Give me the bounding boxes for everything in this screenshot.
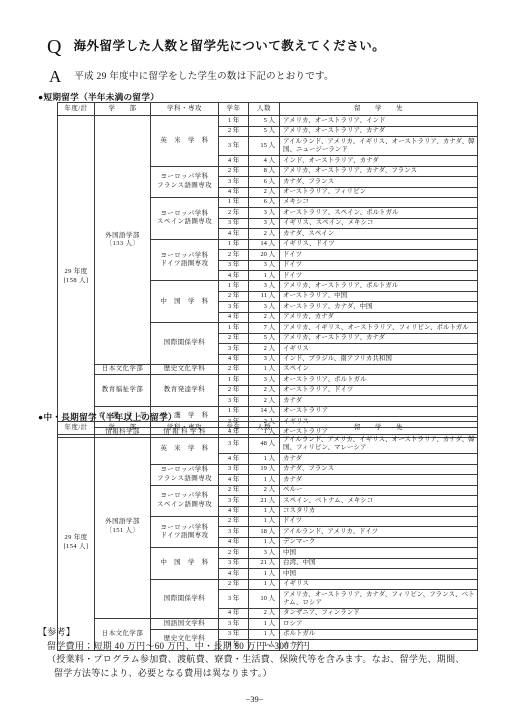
cell-grade: 1 年 xyxy=(219,375,249,385)
cell-num: 2 人 xyxy=(249,608,280,618)
cell-grade: 3 年 xyxy=(219,137,249,156)
cell-grade: 3 年 xyxy=(219,344,249,354)
cell-dest: メキシコ xyxy=(280,197,478,207)
reference-line-note2: 留学方法等により、必要となる費用は異なります。） xyxy=(54,667,465,681)
column-header-dest: 留 学 先 xyxy=(280,422,478,435)
cell-subj: 国際関係学科 xyxy=(151,323,219,365)
column-header-dept: 学 部 xyxy=(95,103,151,116)
cell-num: 2 人 xyxy=(249,229,280,239)
cell-dest: コスタリカ xyxy=(280,506,478,516)
column-header-num: 人数 xyxy=(249,422,280,435)
cell-num: 10 人 xyxy=(249,590,280,609)
cell-grade: 2 年 xyxy=(219,548,249,558)
cell-subj: 国際関係学科 xyxy=(151,579,219,619)
question-text: 海外留学した人数と留学先について教えてください。 xyxy=(73,39,385,53)
cell-dest: スペイン xyxy=(280,364,478,374)
cell-subj: 歴史文化学科 xyxy=(151,364,219,374)
cell-dest: 中国 xyxy=(280,569,478,579)
page-number: −39− xyxy=(0,694,509,704)
cell-dest: インド、ブラジル、南アフリカ共和国 xyxy=(280,354,478,364)
cell-num: 19 人 xyxy=(249,464,280,474)
cell-num: 5 人 xyxy=(249,116,280,126)
cell-grade: 1 年 xyxy=(219,197,249,207)
cell-dest: カナダ、スペイン xyxy=(280,229,478,239)
cell-dept: 外国語学部 〔133 人〕 xyxy=(95,116,151,365)
cell-grade: 3 年 xyxy=(219,396,249,406)
cell-subj: 教育発達学科 xyxy=(151,375,219,406)
cell-grade: 4 年 xyxy=(219,271,249,281)
cell-grade: 3 年 xyxy=(219,558,249,568)
cell-num: 21 人 xyxy=(249,496,280,506)
cell-dest: アメリカ、オーストラリア、カナダ xyxy=(280,126,478,136)
cell-num: 15 人 xyxy=(249,137,280,156)
mid-long-term-table-container: 年度/計学 部学科・専攻学年人数留 学 先29 年度 [154 人]外国語学部 … xyxy=(57,421,478,651)
cell-grade: 4 年 xyxy=(219,537,249,547)
cell-grade: 4 年 xyxy=(219,187,249,197)
cell-grade: 1 年 xyxy=(219,323,249,333)
cell-grade: 3 年 xyxy=(219,177,249,187)
cell-num: 3 人 xyxy=(249,375,280,385)
cell-num: 2 人 xyxy=(249,385,280,395)
cell-dest: スペイン、ベトナム、メキシコ xyxy=(280,496,478,506)
cell-num: 1 人 xyxy=(249,506,280,516)
column-header-grade: 学年 xyxy=(219,103,249,116)
cell-grade: 4 年 xyxy=(219,569,249,579)
cell-dest: イギリス、ドイツ xyxy=(280,239,478,249)
cell-dest: アメリカ、オーストラリア、カナダ、フィリピン、フランス、ベトナム、ロシア xyxy=(280,590,478,609)
cell-subj: 中 国 学 科 xyxy=(151,281,219,323)
cell-dest: イギリス xyxy=(280,579,478,589)
cell-num: 2 人 xyxy=(249,344,280,354)
cell-year: 29 年度 [154 人] xyxy=(58,435,95,650)
cell-dest: アメリカ、カナダ xyxy=(280,312,478,322)
cell-num: 3 人 xyxy=(249,218,280,228)
cell-num: 3 人 xyxy=(249,302,280,312)
cell-grade: 1 年 xyxy=(219,116,249,126)
cell-dest: ドイツ xyxy=(280,516,478,526)
cell-num: 4 人 xyxy=(249,156,280,166)
cell-num: 3 人 xyxy=(249,208,280,218)
cell-num: 20 人 xyxy=(249,250,280,260)
cell-dest: オーストラリア、ポルトガル xyxy=(280,375,478,385)
cell-dest: イギリス xyxy=(280,344,478,354)
reference-block: 【参考】 留学費用；短期 40 万円～60 万円、中・長期 80 万円～300 … xyxy=(38,626,465,680)
cell-num: 3 人 xyxy=(249,548,280,558)
column-header-year: 年度/計 xyxy=(58,422,95,435)
cell-grade: 1 年 xyxy=(219,281,249,291)
cell-grade: 4 年 xyxy=(219,506,249,516)
table-row: 日本文化学部歴史文化学科2 年1 人スペイン xyxy=(58,364,478,374)
cell-dept: 教育福祉学部 xyxy=(95,375,151,406)
cell-num: 1 人 xyxy=(249,475,280,485)
cell-num: 2 人 xyxy=(249,187,280,197)
column-header-num: 人数 xyxy=(249,103,280,116)
cell-num: 8 人 xyxy=(249,166,280,176)
cell-dest: カナダ xyxy=(280,475,478,485)
cell-dept: 日本文化学部 xyxy=(95,364,151,374)
cell-num: 18 人 xyxy=(249,527,280,537)
cell-grade: 2 年 xyxy=(219,516,249,526)
cell-grade: 2 年 xyxy=(219,166,249,176)
table-row: 29 年度 [154 人]外国語学部 〔151 人〕英 米 学 科3 年48 人… xyxy=(58,435,478,454)
cell-dest: カナダ xyxy=(280,454,478,464)
cell-num: 3 人 xyxy=(249,354,280,364)
cell-num: 2 人 xyxy=(249,485,280,495)
cell-grade: 2 年 xyxy=(219,208,249,218)
cell-subj: 英 米 学 科 xyxy=(151,435,219,464)
column-header-dept: 学 部 xyxy=(95,422,151,435)
cell-grade: 3 年 xyxy=(219,218,249,228)
cell-dest: カナダ、フランス xyxy=(280,177,478,187)
cell-num: 14 人 xyxy=(249,239,280,249)
column-header-dest: 留 学 先 xyxy=(280,103,478,116)
reference-line-note1: （授業料・プログラム参加費、渡航費、寮費・生活費、保険代等を含みます。なお、留学… xyxy=(47,653,465,667)
cell-dest: カナダ、フランス xyxy=(280,464,478,474)
table-row: 29 年度 [158 人]外国語学部 〔133 人〕英 米 学 科1 年5 人ア… xyxy=(58,116,478,126)
cell-dest: オーストラリア、中国 xyxy=(280,291,478,301)
cell-dest: ドイツ xyxy=(280,271,478,281)
cell-dest: タンザニア、フィンランド xyxy=(280,608,478,618)
cell-num: 1 人 xyxy=(249,569,280,579)
cell-subj: ヨーロッパ学科 ドイツ語圏専攻 xyxy=(151,239,219,281)
cell-grade: 2 年 xyxy=(219,126,249,136)
cell-grade: 3 年 xyxy=(219,527,249,537)
reference-line-cost: 留学費用；短期 40 万円～60 万円、中・長期 80 万円～300 万円 xyxy=(47,640,465,654)
cell-grade: 3 年 xyxy=(219,590,249,609)
cell-grade: 4 年 xyxy=(219,454,249,464)
cell-dest: アメリカ、オーストラリア、カナダ xyxy=(280,333,478,343)
cell-num: 11 人 xyxy=(249,291,280,301)
cell-num: 2 人 xyxy=(249,396,280,406)
cell-grade: 2 年 xyxy=(219,291,249,301)
cell-dest: インド、オーストラリア、カナダ xyxy=(280,156,478,166)
cell-subj: 中 国 学 科 xyxy=(151,548,219,579)
cell-num: 1 人 xyxy=(249,579,280,589)
cell-num: 1 人 xyxy=(249,364,280,374)
cell-num: 1 人 xyxy=(249,516,280,526)
cell-grade: 4 年 xyxy=(219,312,249,322)
cell-grade: 4 年 xyxy=(219,229,249,239)
cell-dest: アイルランド、アメリカ、イギリス、オーストラリア、カナダ、韓国、フィリピン、マレ… xyxy=(280,435,478,454)
cell-grade: 3 年 xyxy=(219,302,249,312)
cell-dest: オーストラリア、カナダ、中国 xyxy=(280,302,478,312)
cell-dest: 台湾、中国 xyxy=(280,558,478,568)
cell-dest: 中国 xyxy=(280,548,478,558)
cell-num: 2 人 xyxy=(249,312,280,322)
column-header-year: 年度/計 xyxy=(58,103,95,116)
mid-long-term-study-abroad-table: 年度/計学 部学科・専攻学年人数留 学 先29 年度 [154 人]外国語学部 … xyxy=(57,421,478,651)
cell-num: 5 人 xyxy=(249,333,280,343)
cell-subj: 英 米 学 科 xyxy=(151,116,219,166)
cell-dest: ドイツ xyxy=(280,260,478,270)
question-label: Q xyxy=(47,36,61,58)
cell-subj: ヨーロッパ学科 ドイツ語圏専攻 xyxy=(151,516,219,547)
cell-num: 3 人 xyxy=(249,260,280,270)
cell-grade: 2 年 xyxy=(219,385,249,395)
cell-dest: ペルー xyxy=(280,485,478,495)
cell-num: 7 人 xyxy=(249,323,280,333)
short-term-table-container: 年度/計学 部学科・専攻学年人数留 学 先29 年度 [158 人]外国語学部 … xyxy=(57,102,478,438)
header-row: 年度/計学 部学科・専攻学年人数留 学 先 xyxy=(58,422,478,435)
cell-grade: 2 年 xyxy=(219,333,249,343)
cell-dest: アイルランド、アメリカ、イギリス、オーストラリア、カナダ、韓国、ニュージーランド xyxy=(280,137,478,156)
header-row: 年度/計学 部学科・専攻学年人数留 学 先 xyxy=(58,103,478,116)
cell-dept: 外国語学部 〔151 人〕 xyxy=(95,435,151,619)
cell-num: 5 人 xyxy=(249,126,280,136)
table-row: 教育福祉学部教育発達学科1 年3 人オーストラリア、ポルトガル xyxy=(58,375,478,385)
cell-num: 6 人 xyxy=(249,197,280,207)
cell-grade: 2 年 xyxy=(219,485,249,495)
cell-num: 48 人 xyxy=(249,435,280,454)
cell-dest: オーストラリア xyxy=(280,406,478,416)
column-header-subj: 学科・専攻 xyxy=(151,103,219,116)
cell-grade: 3 年 xyxy=(219,496,249,506)
cell-grade: 2 年 xyxy=(219,250,249,260)
cell-grade: 3 年 xyxy=(219,260,249,270)
reference-title: 【参考】 xyxy=(38,626,465,640)
cell-subj: ヨーロッパ学科 スペイン語圏専攻 xyxy=(151,485,219,516)
cell-dest: オーストラリア、スペイン、ポルトガル xyxy=(280,208,478,218)
answer-label: A xyxy=(49,67,61,86)
short-term-study-abroad-table: 年度/計学 部学科・専攻学年人数留 学 先29 年度 [158 人]外国語学部 … xyxy=(57,102,478,438)
cell-year: 29 年度 [158 人] xyxy=(58,116,95,438)
cell-dest: オーストラリア、ドイツ xyxy=(280,385,478,395)
cell-num: 1 人 xyxy=(249,271,280,281)
answer-text: 平成 29 年度中に留学をした学生の数は下記のとおりです。 xyxy=(74,72,334,82)
cell-dest: アメリカ、オーストラリア、ポルトガル xyxy=(280,281,478,291)
cell-subj: ヨーロッパ学科 フランス語圏専攻 xyxy=(151,166,219,197)
cell-grade: 2 年 xyxy=(219,364,249,374)
cell-grade: 4 年 xyxy=(219,475,249,485)
document-page: Q海外留学した人数と留学先について教えてください。 A平成 29 年度中に留学を… xyxy=(0,0,509,720)
cell-dest: イギリス、スペイン、メキシコ xyxy=(280,218,478,228)
cell-grade: 3 年 xyxy=(219,435,249,454)
cell-grade: 3 年 xyxy=(219,464,249,474)
column-header-subj: 学科・専攻 xyxy=(151,422,219,435)
cell-dest: アメリカ、オーストラリア、インド xyxy=(280,116,478,126)
cell-num: 6 人 xyxy=(249,177,280,187)
cell-grade: 2 年 xyxy=(219,579,249,589)
column-header-grade: 学年 xyxy=(219,422,249,435)
cell-subj: ヨーロッパ学科 フランス語圏専攻 xyxy=(151,464,219,485)
cell-grade: 4 年 xyxy=(219,608,249,618)
cell-grade: 4 年 xyxy=(219,354,249,364)
question-line: Q海外留学した人数と留学先について教えてください。 xyxy=(47,36,385,59)
cell-dest: アメリカ、オーストラリア、カナダ、フランス xyxy=(280,166,478,176)
cell-grade: 4 年 xyxy=(219,156,249,166)
cell-dest: オーストラリア、フィリピン xyxy=(280,187,478,197)
cell-grade: 1 年 xyxy=(219,239,249,249)
cell-dest: ドイツ xyxy=(280,250,478,260)
cell-dest: アメリカ、イギリス、オーストラリア、フィリピン、ポルトガル xyxy=(280,323,478,333)
cell-num: 21 人 xyxy=(249,558,280,568)
cell-grade: 1 年 xyxy=(219,406,249,416)
cell-dest: アイルランド、アメリカ、ドイツ xyxy=(280,527,478,537)
cell-num: 14 人 xyxy=(249,406,280,416)
cell-num: 3 人 xyxy=(249,281,280,291)
answer-line: A平成 29 年度中に留学をした学生の数は下記のとおりです。 xyxy=(49,67,334,87)
cell-dest: デンマーク xyxy=(280,537,478,547)
cell-num: 1 人 xyxy=(249,454,280,464)
cell-subj: ヨーロッパ学科 スペイン語圏専攻 xyxy=(151,197,219,239)
cell-dest: カナダ xyxy=(280,396,478,406)
cell-num: 1 人 xyxy=(249,537,280,547)
